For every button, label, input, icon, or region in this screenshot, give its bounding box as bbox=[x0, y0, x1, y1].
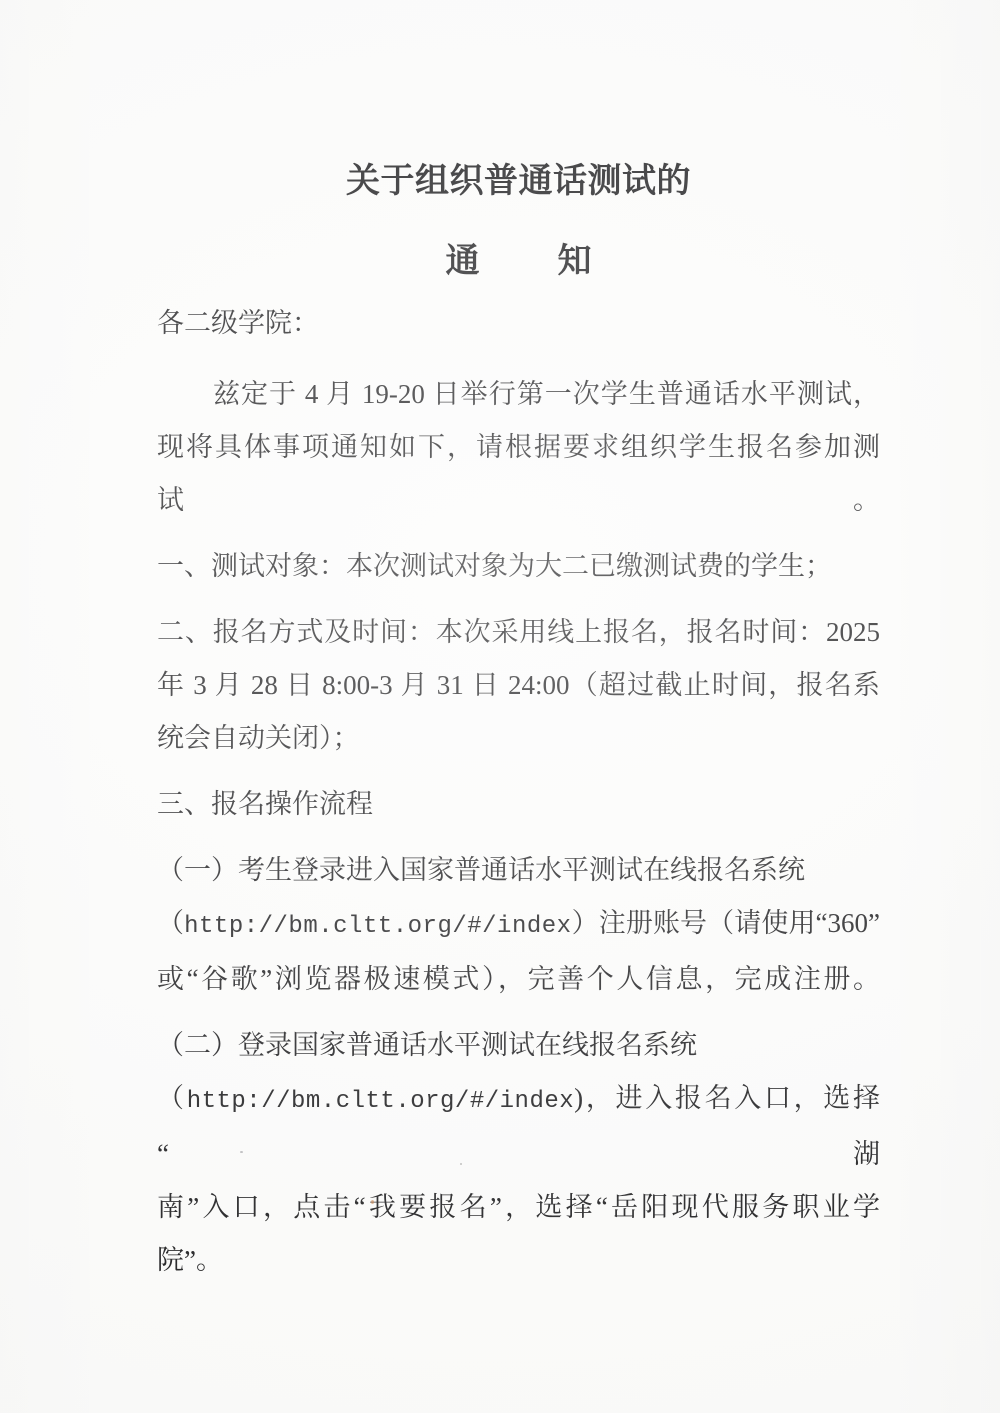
title-char-zhi: 知 bbox=[558, 240, 592, 284]
step1-paren-open: （ bbox=[157, 908, 184, 938]
paragraph-item-1: 一、测试对象：本次测试对象为大二已缴测试费的学生； bbox=[157, 540, 880, 593]
item2-line-1: 二、报名方式及时间：本次采用线上报名，报名时间：2025 bbox=[157, 606, 880, 659]
paragraph-item-3: 三、报名操作流程 bbox=[157, 778, 880, 831]
step2-paren-open: （ bbox=[157, 1083, 187, 1113]
step1-line-3: 或“谷歌”浏览器极速模式），完善个人信息，完成注册。 bbox=[157, 953, 880, 1006]
step2-line-1: （二）登录国家普通话水平测试在线报名系统 bbox=[157, 1019, 880, 1072]
document-title-line2: 通 知 bbox=[157, 240, 880, 284]
paragraph-intro: 兹定于 4 月 19-20 日举行第一次学生普通话水平测试， 现将具体事项通知如… bbox=[157, 368, 880, 527]
paragraph-step-1: （一）考生登录进入国家普通话水平测试在线报名系统 （http://bm.cltt… bbox=[157, 844, 880, 1006]
step2-line-2: （http://bm.cltt.org/#/index)，进入报名入口，选择“湖 bbox=[157, 1072, 880, 1181]
intro-line-2: 现将具体事项通知如下，请根据要求组织学生报名参加测试。 bbox=[157, 421, 880, 527]
scanned-notice-page: 关于组织普通话测试的 通 知 各二级学院： 兹定于 4 月 19-20 日举行第… bbox=[0, 0, 1000, 1413]
step2-line-4: 院”。 bbox=[157, 1234, 880, 1287]
step1-line-2-rest: ）注册账号（请使用“360” bbox=[572, 908, 880, 938]
step2-line-3: 南”入口，点击“我要报名”，选择“岳阳现代服务职业学 bbox=[157, 1181, 880, 1234]
item2-line-3: 统会自动关闭）； bbox=[157, 712, 880, 765]
document-body: 关于组织普通话测试的 通 知 各二级学院： 兹定于 4 月 19-20 日举行第… bbox=[157, 160, 880, 1287]
item3-line-1: 三、报名操作流程 bbox=[157, 778, 880, 831]
salutation: 各二级学院： bbox=[157, 300, 880, 346]
paragraph-step-2: （二）登录国家普通话水平测试在线报名系统 （http://bm.cltt.org… bbox=[157, 1019, 880, 1287]
step1-line-1: （一）考生登录进入国家普通话水平测试在线报名系统 bbox=[157, 844, 880, 897]
document-title-line1: 关于组织普通话测试的 bbox=[157, 160, 880, 204]
registration-url: http://bm.cltt.org/#/index bbox=[184, 913, 571, 940]
title-char-tong: 通 bbox=[446, 240, 480, 284]
step1-line-2: （http://bm.cltt.org/#/index）注册账号（请使用“360… bbox=[157, 897, 880, 953]
registration-url-2: http://bm.cltt.org/#/index bbox=[187, 1088, 574, 1115]
intro-line-1: 兹定于 4 月 19-20 日举行第一次学生普通话水平测试， bbox=[157, 368, 880, 421]
item2-line-2: 年 3 月 28 日 8:00-3 月 31 日 24:00（超过截止时间，报名… bbox=[157, 659, 880, 712]
paragraph-item-2: 二、报名方式及时间：本次采用线上报名，报名时间：2025 年 3 月 28 日 … bbox=[157, 606, 880, 765]
item1-line-1: 一、测试对象：本次测试对象为大二已缴测试费的学生； bbox=[157, 540, 880, 593]
